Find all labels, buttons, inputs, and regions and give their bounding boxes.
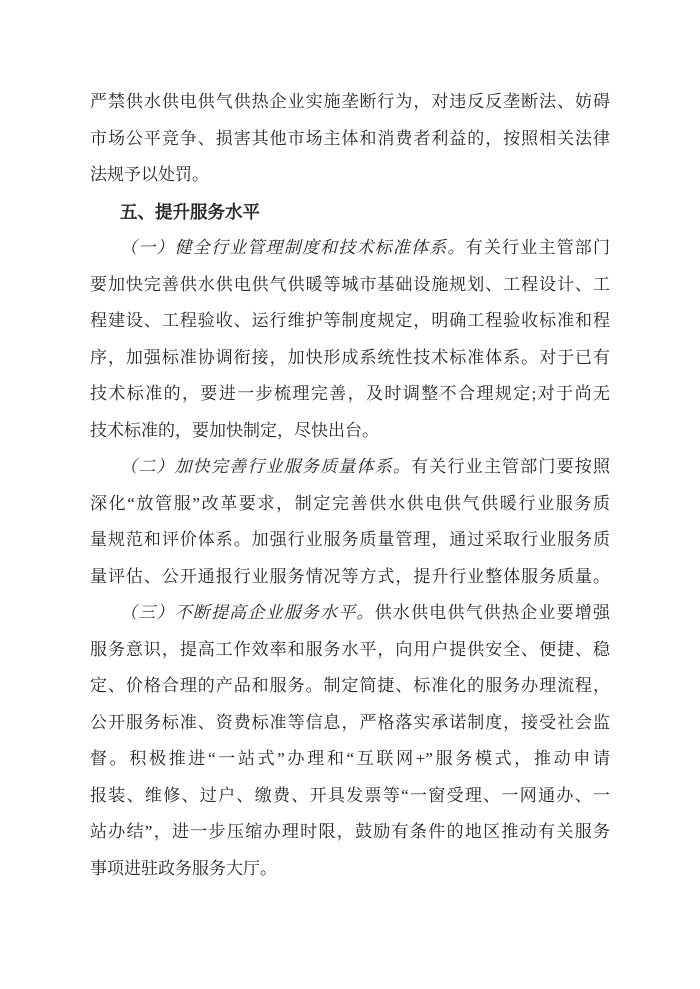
text-line: （二）加快完善行业服务质量体系。有关行业主管部门要按照 [90,449,610,486]
text-line: 技术标准的，要进一步梳理完善，及时调整不合理规定;对于尚无 [90,376,610,413]
clause-lead-text: （一）健全行业管理制度和技术标准体系。 [120,238,466,257]
text-line: 严禁供水供电供气供热企业实施垄断行为，对违反反垄断法、妨碍 [90,84,610,121]
text-line: 程建设、工程验收、运行维护等制度规定，明确工程验收标准和程 [90,303,610,340]
text-line: 报装、维修、过户、缴费、开具发票等“一窗受理、一网通办、一 [90,778,610,815]
line-text: 定、价格合理的产品和服务。制定简捷、标准化的服务办理流程， [90,676,610,695]
line-text: 供水供电供气供热企业要增强 [375,603,610,622]
text-line: 要加快完善供水供电供气供暖等城市基础设施规划、工程设计、工 [90,267,610,304]
section-heading: 五、提升服务水平 [90,194,610,231]
text-line: （一）健全行业管理制度和技术标准体系。有关行业主管部门 [90,230,610,267]
text-line: 量规范和评价体系。加强行业服务质量管理，通过采取行业服务质 [90,522,610,559]
text-line: 定、价格合理的产品和服务。制定简捷、标准化的服务办理流程， [90,668,610,705]
text-line: 公开服务标准、资费标准等信息，严格落实承诺制度，接受社会监 [90,705,610,742]
line-text: 报装、维修、过户、缴费、开具发票等“一窗受理、一网通办、一 [90,786,610,805]
line-text: 技术标准的，要进一步梳理完善，及时调整不合理规定;对于尚无 [90,384,610,403]
text-line: 站办结”，进一步压缩办理时限，鼓励有条件的地区推动有关服务 [90,814,610,851]
line-text: 严禁供水供电供气供热企业实施垄断行为，对违反反垄断法、妨碍 [90,92,610,111]
line-text: 法规予以处罚。 [90,165,209,184]
document-text-block: 严禁供水供电供气供热企业实施垄断行为，对违反反垄断法、妨碍 市场公平竞争、损害其… [90,84,610,887]
text-line: 深化“放管服”改革要求，制定完善供水供电供气供暖行业服务质 [90,486,610,523]
line-text: 技术标准的，要加快制定，尽快出台。 [90,421,379,440]
text-line: 市场公平竞争、损害其他市场主体和消费者利益的，按照相关法律 [90,121,610,158]
line-text: 站办结”，进一步压缩办理时限，鼓励有条件的地区推动有关服务 [90,822,610,841]
line-text: 公开服务标准、资费标准等信息，严格落实承诺制度，接受社会监 [90,713,610,732]
clause-lead-text: （三）不断提高企业服务水平。 [120,603,375,622]
clause-lead-text: （二）加快完善行业服务质量体系。 [120,457,411,476]
line-text: 市场公平竞争、损害其他市场主体和消费者利益的，按照相关法律 [90,129,610,148]
text-line: 技术标准的，要加快制定，尽快出台。 [90,413,610,450]
text-line: 量评估、公开通报行业服务情况等方式，提升行业整体服务质量。 [90,559,610,596]
line-text: 督。积极推进“一站式”办理和“互联网+”服务模式，推动申请 [90,749,610,768]
text-line: 督。积极推进“一站式”办理和“互联网+”服务模式，推动申请 [90,741,610,778]
line-text: 深化“放管服”改革要求，制定完善供水供电供气供暖行业服务质 [90,494,610,513]
text-line: 事项进驻政务服务大厅。 [90,851,610,888]
section-heading-text: 五、提升服务水平 [120,202,260,222]
text-line: 法规予以处罚。 [90,157,610,194]
line-text: 有关行业主管部门 [466,238,610,257]
text-line: 序，加强标准协调衔接，加快形成系统性技术标准体系。对于已有 [90,340,610,377]
line-text: 量规范和评价体系。加强行业服务质量管理，通过采取行业服务质 [90,530,610,549]
line-text: 要加快完善供水供电供气供暖等城市基础设施规划、工程设计、工 [90,275,610,294]
line-text: 事项进驻政务服务大厅。 [90,859,277,878]
line-text: 服务意识，提高工作效率和服务水平，向用户提供安全、便捷、稳 [90,640,610,659]
line-text: 程建设、工程验收、运行维护等制度规定，明确工程验收标准和程 [90,311,610,330]
line-text: 有关行业主管部门要按照 [411,457,610,476]
text-line: 服务意识，提高工作效率和服务水平，向用户提供安全、便捷、稳 [90,632,610,669]
line-text: 序，加强标准协调衔接，加快形成系统性技术标准体系。对于已有 [90,348,610,367]
text-line: （三）不断提高企业服务水平。供水供电供气供热企业要增强 [90,595,610,632]
line-text: 量评估、公开通报行业服务情况等方式，提升行业整体服务质量。 [90,567,610,586]
document-page: 严禁供水供电供气供热企业实施垄断行为，对违反反垄断法、妨碍 市场公平竞争、损害其… [0,0,700,989]
